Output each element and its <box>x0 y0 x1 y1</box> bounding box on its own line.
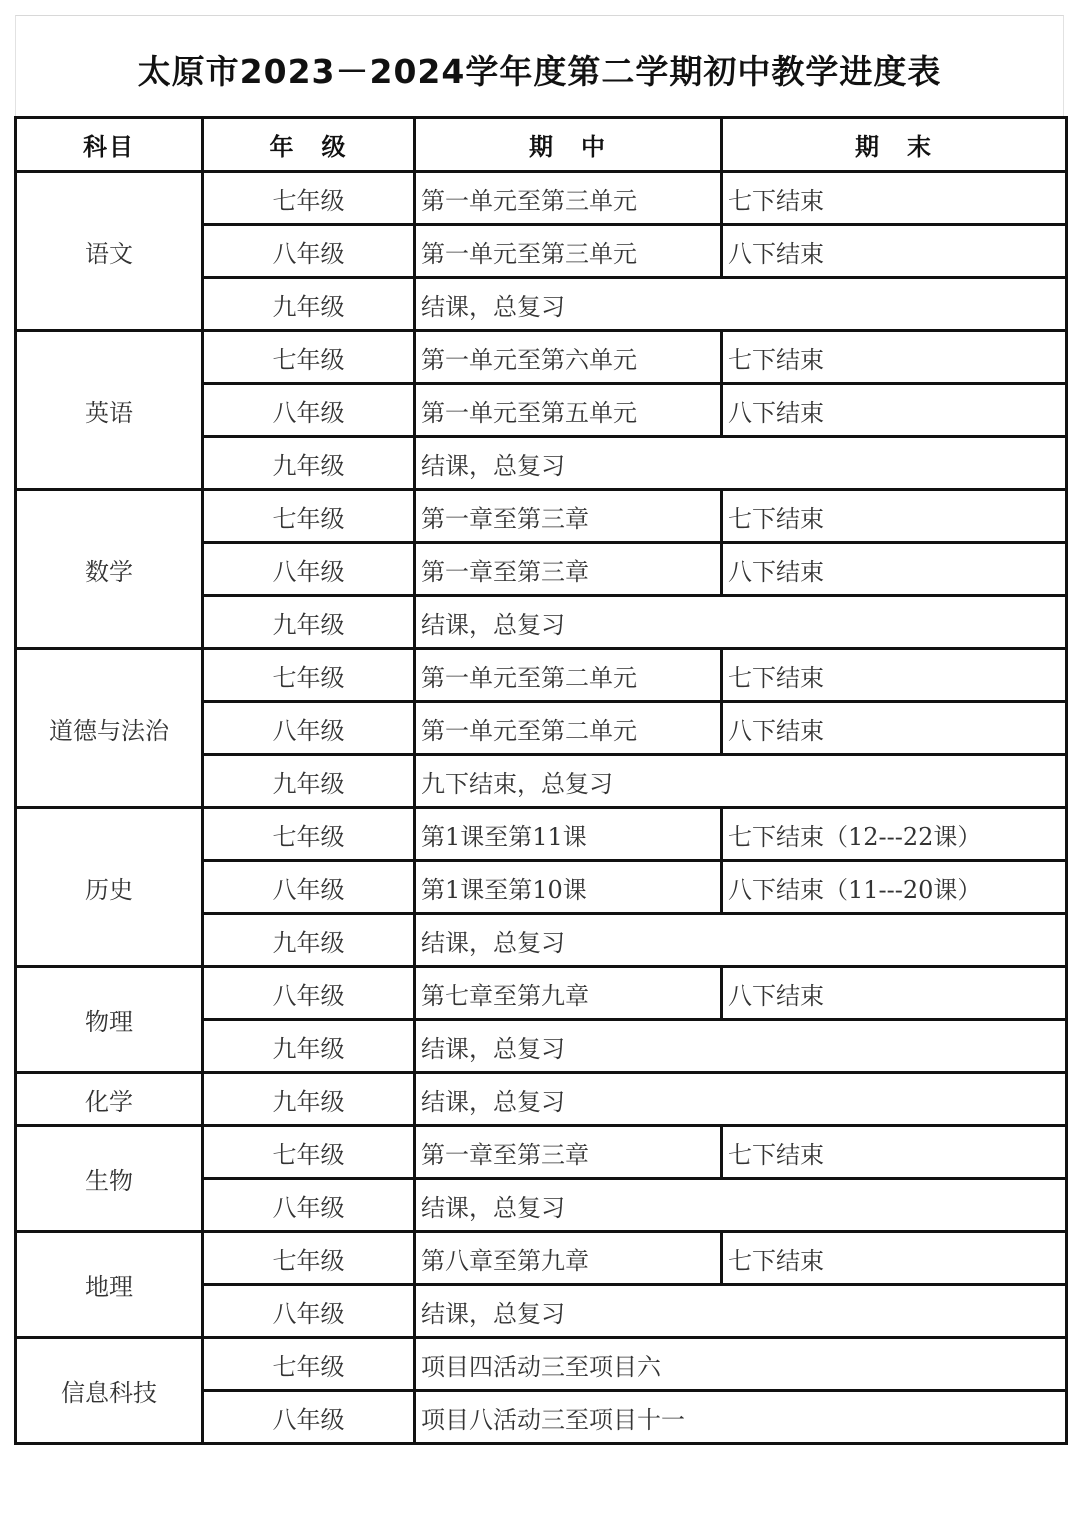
header-subject: 科目 <box>16 118 203 172</box>
grade-cell: 八年级 <box>203 384 415 437</box>
table-row: 历史 七年级 第1课至第11课 七下结束（12---22课） <box>16 808 1067 861</box>
grade-cell: 七年级 <box>203 649 415 702</box>
table-row: 道德与法治 七年级 第一单元至第二单元 七下结束 <box>16 649 1067 702</box>
grade-cell: 七年级 <box>203 1232 415 1285</box>
final-cell: 八下结束（11---20课） <box>722 861 1067 914</box>
midterm-cell: 第一章至第三章 <box>415 543 722 596</box>
final-cell: 七下结束 <box>722 1126 1067 1179</box>
subject-cell: 数学 <box>16 490 203 649</box>
subject-cell: 生物 <box>16 1126 203 1232</box>
midterm-cell: 第一单元至第三单元 <box>415 225 722 278</box>
table-row: 信息科技 七年级 项目四活动三至项目六 <box>16 1338 1067 1391</box>
grade-cell: 九年级 <box>203 914 415 967</box>
merged-progress-cell: 结课，总复习 <box>415 1020 1067 1073</box>
subject-cell: 信息科技 <box>16 1338 203 1444</box>
midterm-cell: 第一章至第三章 <box>415 1126 722 1179</box>
grade-cell: 九年级 <box>203 437 415 490</box>
subject-cell: 语文 <box>16 172 203 331</box>
grade-cell: 九年级 <box>203 1073 415 1126</box>
grade-cell: 八年级 <box>203 1285 415 1338</box>
final-cell: 八下结束 <box>722 225 1067 278</box>
merged-progress-cell: 结课，总复习 <box>415 437 1067 490</box>
merged-progress-cell: 结课，总复习 <box>415 1285 1067 1338</box>
merged-progress-cell: 项目八活动三至项目十一 <box>415 1391 1067 1444</box>
grade-cell: 七年级 <box>203 331 415 384</box>
grade-cell: 八年级 <box>203 225 415 278</box>
merged-progress-cell: 结课，总复习 <box>415 596 1067 649</box>
grade-cell: 九年级 <box>203 1020 415 1073</box>
header-final: 期 末 <box>722 118 1067 172</box>
final-cell: 七下结束 <box>722 172 1067 225</box>
grade-cell: 七年级 <box>203 172 415 225</box>
grade-cell: 八年级 <box>203 543 415 596</box>
schedule-table: 科目 年 级 期 中 期 末 语文 七年级 第一单元至第三单元 七下结束 八年级… <box>14 116 1068 1445</box>
midterm-cell: 第一单元至第三单元 <box>415 172 722 225</box>
final-cell: 八下结束 <box>722 384 1067 437</box>
final-cell: 八下结束 <box>722 543 1067 596</box>
final-cell: 八下结束 <box>722 702 1067 755</box>
table-row: 地理 七年级 第八章至第九章 七下结束 <box>16 1232 1067 1285</box>
grade-cell: 八年级 <box>203 1391 415 1444</box>
table-row: 化学 九年级 结课，总复习 <box>16 1073 1067 1126</box>
grade-cell: 九年级 <box>203 755 415 808</box>
merged-progress-cell: 九下结束，总复习 <box>415 755 1067 808</box>
subject-cell: 道德与法治 <box>16 649 203 808</box>
midterm-cell: 第1课至第11课 <box>415 808 722 861</box>
grade-cell: 九年级 <box>203 596 415 649</box>
table-row: 语文 七年级 第一单元至第三单元 七下结束 <box>16 172 1067 225</box>
title-box: 太原市2023－2024学年度第二学期初中教学进度表 <box>15 15 1064 118</box>
midterm-cell: 第一单元至第二单元 <box>415 649 722 702</box>
midterm-cell: 第一单元至第五单元 <box>415 384 722 437</box>
header-grade: 年 级 <box>203 118 415 172</box>
grade-cell: 八年级 <box>203 1179 415 1232</box>
table-row: 生物 七年级 第一章至第三章 七下结束 <box>16 1126 1067 1179</box>
grade-cell: 七年级 <box>203 808 415 861</box>
final-cell: 七下结束 <box>722 1232 1067 1285</box>
subject-cell: 英语 <box>16 331 203 490</box>
merged-progress-cell: 结课，总复习 <box>415 914 1067 967</box>
final-cell: 七下结束 <box>722 649 1067 702</box>
subject-cell: 历史 <box>16 808 203 967</box>
subject-cell: 物理 <box>16 967 203 1073</box>
merged-progress-cell: 项目四活动三至项目六 <box>415 1338 1067 1391</box>
grade-cell: 七年级 <box>203 1126 415 1179</box>
final-cell: 七下结束 <box>722 490 1067 543</box>
header-row: 科目 年 级 期 中 期 末 <box>16 118 1067 172</box>
grade-cell: 七年级 <box>203 1338 415 1391</box>
final-cell: 七下结束（12---22课） <box>722 808 1067 861</box>
document-title: 太原市2023－2024学年度第二学期初中教学进度表 <box>138 46 942 93</box>
subject-cell: 地理 <box>16 1232 203 1338</box>
merged-progress-cell: 结课，总复习 <box>415 278 1067 331</box>
midterm-cell: 第一章至第三章 <box>415 490 722 543</box>
table-row: 数学 七年级 第一章至第三章 七下结束 <box>16 490 1067 543</box>
midterm-cell: 第一单元至第二单元 <box>415 702 722 755</box>
midterm-cell: 第1课至第10课 <box>415 861 722 914</box>
table-row: 物理 八年级 第七章至第九章 八下结束 <box>16 967 1067 1020</box>
table-row: 英语 七年级 第一单元至第六单元 七下结束 <box>16 331 1067 384</box>
grade-cell: 八年级 <box>203 702 415 755</box>
final-cell: 八下结束 <box>722 967 1067 1020</box>
merged-progress-cell: 结课，总复习 <box>415 1179 1067 1232</box>
midterm-cell: 第八章至第九章 <box>415 1232 722 1285</box>
merged-progress-cell: 结课，总复习 <box>415 1073 1067 1126</box>
grade-cell: 九年级 <box>203 278 415 331</box>
midterm-cell: 第一单元至第六单元 <box>415 331 722 384</box>
grade-cell: 七年级 <box>203 490 415 543</box>
final-cell: 七下结束 <box>722 331 1067 384</box>
subject-cell: 化学 <box>16 1073 203 1126</box>
midterm-cell: 第七章至第九章 <box>415 967 722 1020</box>
header-midterm: 期 中 <box>415 118 722 172</box>
grade-cell: 八年级 <box>203 967 415 1020</box>
grade-cell: 八年级 <box>203 861 415 914</box>
